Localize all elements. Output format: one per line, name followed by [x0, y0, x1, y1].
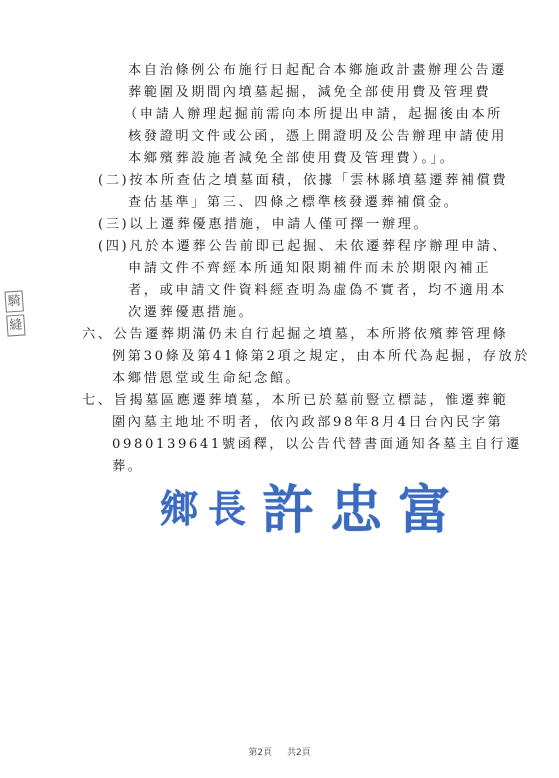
document-text-line: 本鄉殯葬設施者減免全部使用費及管理費）。」。: [128, 148, 456, 170]
seal-char: 騎: [4, 290, 23, 312]
document-text-line: 次遷葬優惠措施。: [128, 302, 254, 324]
document-text-line: 核發證明文件或公函，憑上開證明及公告辦理申請使用: [128, 126, 507, 148]
document-text-line: (三)以上遷葬優惠措施，申請人僅可擇一辦理。: [98, 214, 429, 236]
document-text-line: 本自治條例公布施行日起配合本鄉施政計畫辦理公告遷: [128, 60, 507, 82]
document-text-line: 六、公告遷葬期滿仍未自行起掘之墳墓，本所將依殯葬管理條: [82, 324, 508, 346]
township-chief-signature-stamp: 鄉 長 許 忠 富: [160, 472, 430, 538]
document-text-line: (二)按本所查估之墳墓面積，依據「雲林縣墳墓遷葬補償費: [98, 170, 508, 192]
document-text-line: 葬。: [112, 456, 144, 478]
signature-name-char: 許: [262, 468, 314, 543]
page-footer: 第2頁 共2頁: [0, 745, 559, 758]
page-total: 共2頁: [287, 748, 311, 758]
document-text-line: （申請人辦理起掘前需向本所提出申請，起掘後由本所: [124, 104, 503, 126]
signature-name-char: 富: [398, 468, 450, 543]
signature-title-char: 長: [208, 478, 246, 533]
document-text-line: 圍內墓主地址不明者，依內政部98年8月4日台內民字第: [112, 412, 503, 434]
document-text-line: 查估基準」第三、四條之標準核發遷葬補償金。: [128, 192, 460, 214]
perforation-seal-stamp: 騎 縫: [4, 290, 25, 335]
document-text-line: 本鄉惜恩堂或生命紀念館。: [112, 368, 301, 390]
document-text-line: 例第30條及第41條第2項之規定，由本所代為起掘，存放於: [112, 346, 530, 368]
seal-char: 縫: [6, 314, 25, 336]
document-text-line: 七、旨揭墓區應遷葬墳墓，本所已於墓前豎立標誌，惟遷葬範: [82, 390, 508, 412]
document-text-line: 申請文件不齊經本所通知限期補件而未於期限內補正: [128, 258, 491, 280]
document-text-line: 者，或申請文件資料經查明為虛偽不實者，均不適用本: [128, 280, 507, 302]
signature-name-char: 忠: [330, 468, 382, 543]
document-text-line: (四)凡於本遷葬公告前即已起掘、未依遷葬程序辦理申請、: [98, 236, 508, 258]
signature-title-char: 鄉: [160, 478, 198, 533]
document-text-line: 0980139641號函釋，以公告代替書面通知各墓主自行遷: [112, 434, 522, 456]
document-page: 本自治條例公布施行日起配合本鄉施政計畫辦理公告遷葬範圍及期間內墳墓起掘，減免全部…: [0, 0, 559, 778]
page-number: 第2頁: [248, 748, 272, 758]
document-text-line: 葬範圍及期間內墳墓起掘，減免全部使用費及管理費: [128, 82, 491, 104]
